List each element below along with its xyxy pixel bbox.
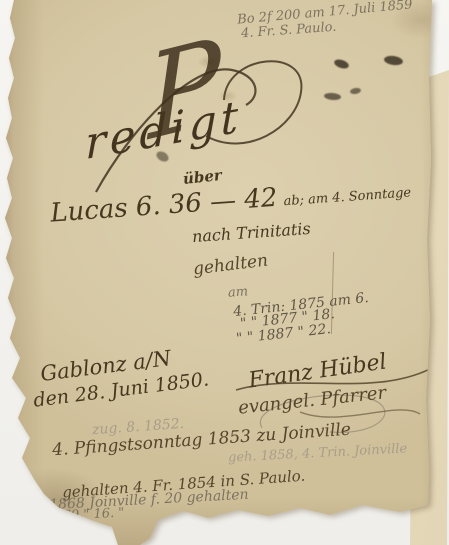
later-note-1869: " " 1869 " 16. " xyxy=(26,506,125,525)
ink-blot xyxy=(324,92,342,100)
title-preposition: über xyxy=(182,168,222,188)
scripture-reference: Lucas 6. 36 — 42ab; am 4. Sonntage xyxy=(49,175,411,227)
crossed-out-scribble xyxy=(300,410,420,417)
manuscript-scan: Bo 2f 200 am 17. Juli 1859 4. Fr. S. Pau… xyxy=(0,0,449,545)
manuscript-page: Bo 2f 200 am 17. Juli 1859 4. Fr. S. Pau… xyxy=(0,0,449,545)
ink-blot xyxy=(383,55,403,67)
scripture-inline-note: ab; am 4. Sonntage xyxy=(283,185,412,209)
page-wrapper: Bo 2f 200 am 17. Juli 1859 4. Fr. S. Pau… xyxy=(0,0,449,545)
scripture-reference-main: Lucas 6. 36 — 42 xyxy=(49,183,278,229)
delivery-list-intro: am xyxy=(228,285,249,300)
ink-blot xyxy=(333,58,350,70)
ink-blot xyxy=(350,87,362,95)
scripture-reference-line2: nach Trinitatis xyxy=(192,221,312,246)
delivered-label: gehalten xyxy=(192,252,269,279)
